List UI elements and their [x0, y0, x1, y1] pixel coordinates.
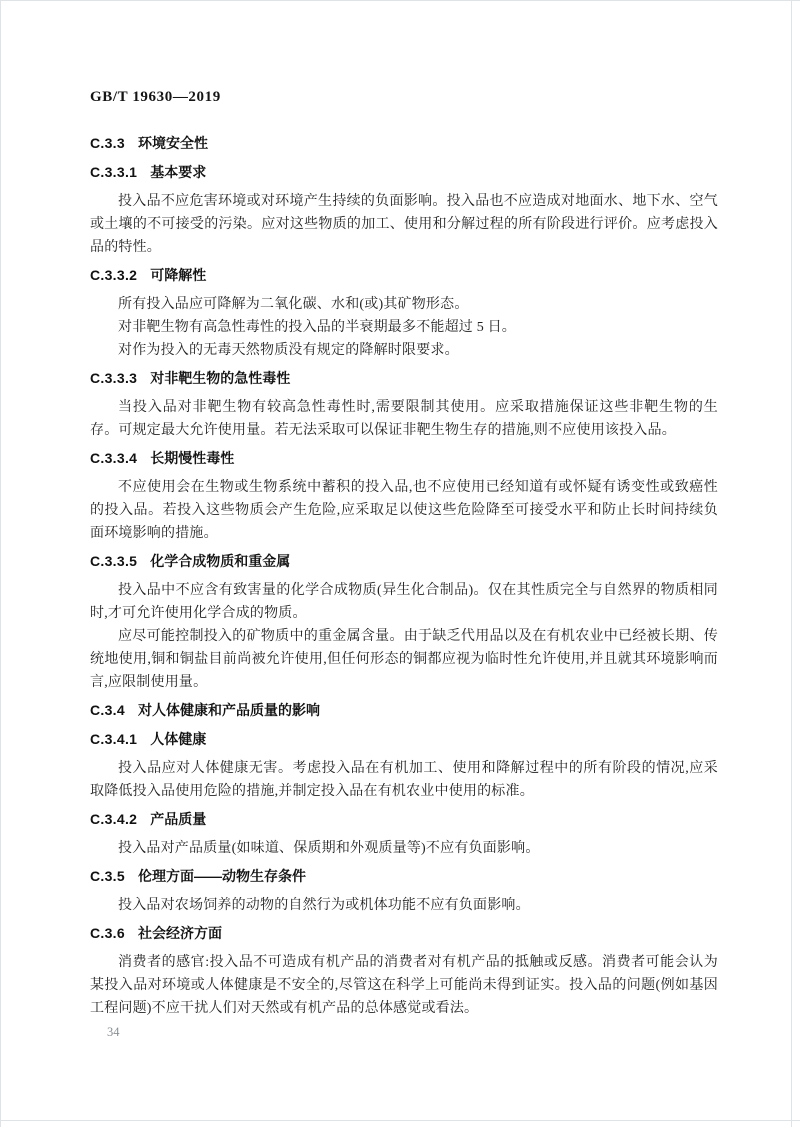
section-heading: C.3.4.1人体健康 — [90, 728, 718, 751]
body-paragraph: 对非靶生物有高急性毒性的投入品的半衰期最多不能超过 5 日。 — [90, 316, 718, 339]
body-paragraph: 所有投入品应可降解为二氧化碳、水和(或)其矿物形态。 — [90, 293, 718, 316]
section-c35: C.3.5伦理方面——动物生存条件 投入品对农场饲养的动物的自然行为或机体功能不… — [90, 865, 718, 917]
section-c333: C.3.3.3对非靶生物的急性毒性 当投入品对非靶生物有较高急性毒性时,需要限制… — [90, 367, 718, 442]
section-title: 产品质量 — [150, 811, 206, 827]
section-title: 社会经济方面 — [138, 925, 222, 941]
section-heading: C.3.6社会经济方面 — [90, 922, 718, 945]
section-heading: C.3.3.4长期慢性毒性 — [90, 447, 718, 470]
document-page: { "doc": { "header": "GB/T 19630—2019", … — [0, 0, 800, 1127]
section-title: 基本要求 — [150, 164, 206, 180]
section-number: C.3.3.5 — [90, 553, 137, 569]
section-heading: C.3.3.5化学合成物质和重金属 — [90, 550, 718, 573]
section-c33: C.3.3环境安全性 — [90, 132, 718, 155]
section-c335: C.3.3.5化学合成物质和重金属 投入品中不应含有致害量的化学合成物质(异生化… — [90, 550, 718, 694]
section-c36: C.3.6社会经济方面 消费者的感官:投入品不可造成有机产品的消费者对有机产品的… — [90, 922, 718, 1020]
body-paragraph: 消费者的感官:投入品不可造成有机产品的消费者对有机产品的抵触或反感。消费者可能会… — [90, 951, 718, 1020]
section-title: 可降解性 — [150, 267, 206, 283]
section-title: 对非靶生物的急性毒性 — [150, 370, 290, 386]
section-c341: C.3.4.1人体健康 投入品应对人体健康无害。考虑投入品在有机加工、使用和降解… — [90, 728, 718, 803]
section-heading: C.3.3环境安全性 — [90, 132, 718, 155]
scan-edge-top — [0, 0, 800, 1]
scan-edge-bottom — [0, 1120, 800, 1121]
body-paragraph: 投入品对产品质量(如味道、保质期和外观质量等)不应有负面影响。 — [90, 837, 718, 860]
body-paragraph: 投入品不应危害环境或对环境产生持续的负面影响。投入品也不应造成对地面水、地下水、… — [90, 190, 718, 259]
section-title: 人体健康 — [150, 731, 206, 747]
section-title: 伦理方面——动物生存条件 — [138, 868, 306, 884]
section-number: C.3.4.2 — [90, 811, 137, 827]
section-number: C.3.3.2 — [90, 267, 137, 283]
body-paragraph: 投入品对农场饲养的动物的自然行为或机体功能不应有负面影响。 — [90, 894, 718, 917]
section-number: C.3.4 — [90, 702, 125, 718]
section-c331: C.3.3.1基本要求 投入品不应危害环境或对环境产生持续的负面影响。投入品也不… — [90, 161, 718, 259]
section-number: C.3.4.1 — [90, 731, 137, 747]
page-body: GB/T 19630—2019 C.3.3环境安全性 C.3.3.1基本要求 投… — [90, 86, 718, 1044]
section-heading: C.3.3.1基本要求 — [90, 161, 718, 184]
section-title: 长期慢性毒性 — [150, 450, 234, 466]
body-paragraph: 投入品应对人体健康无害。考虑投入品在有机加工、使用和降解过程中的所有阶段的情况,… — [90, 757, 718, 803]
body-paragraph: 不应使用会在生物或生物系统中蓄积的投入品,也不应使用已经知道有或怀疑有诱变性或致… — [90, 476, 718, 545]
body-paragraph: 对作为投入的无毒天然物质没有规定的降解时限要求。 — [90, 339, 718, 362]
section-heading: C.3.5伦理方面——动物生存条件 — [90, 865, 718, 888]
section-number: C.3.3.4 — [90, 450, 137, 466]
section-c332: C.3.3.2可降解性 所有投入品应可降解为二氧化碳、水和(或)其矿物形态。 对… — [90, 264, 718, 362]
section-number: C.3.3.1 — [90, 164, 137, 180]
body-paragraph: 投入品中不应含有致害量的化学合成物质(异生化合制品)。仅在其性质完全与自然界的物… — [90, 579, 718, 625]
section-c334: C.3.3.4长期慢性毒性 不应使用会在生物或生物系统中蓄积的投入品,也不应使用… — [90, 447, 718, 545]
section-title: 环境安全性 — [138, 135, 208, 151]
section-heading: C.3.4对人体健康和产品质量的影响 — [90, 699, 718, 722]
standard-number-header: GB/T 19630—2019 — [90, 86, 718, 109]
page-number: 34 — [90, 1021, 718, 1044]
body-paragraph: 应尽可能控制投入的矿物质中的重金属含量。由于缺乏代用品以及在有机农业中已经被长期… — [90, 625, 718, 694]
section-number: C.3.5 — [90, 868, 125, 884]
section-c34: C.3.4对人体健康和产品质量的影响 — [90, 699, 718, 722]
section-title: 化学合成物质和重金属 — [150, 553, 290, 569]
scan-edge-left — [0, 0, 1, 1127]
scan-edge-right — [791, 0, 792, 1127]
section-c342: C.3.4.2产品质量 投入品对产品质量(如味道、保质期和外观质量等)不应有负面… — [90, 808, 718, 860]
section-number: C.3.3.3 — [90, 370, 137, 386]
section-number: C.3.6 — [90, 925, 125, 941]
section-title: 对人体健康和产品质量的影响 — [138, 702, 320, 718]
body-paragraph: 当投入品对非靶生物有较高急性毒性时,需要限制其使用。应采取措施保证这些非靶生物的… — [90, 396, 718, 442]
section-heading: C.3.3.3对非靶生物的急性毒性 — [90, 367, 718, 390]
section-heading: C.3.4.2产品质量 — [90, 808, 718, 831]
section-heading: C.3.3.2可降解性 — [90, 264, 718, 287]
section-number: C.3.3 — [90, 135, 125, 151]
